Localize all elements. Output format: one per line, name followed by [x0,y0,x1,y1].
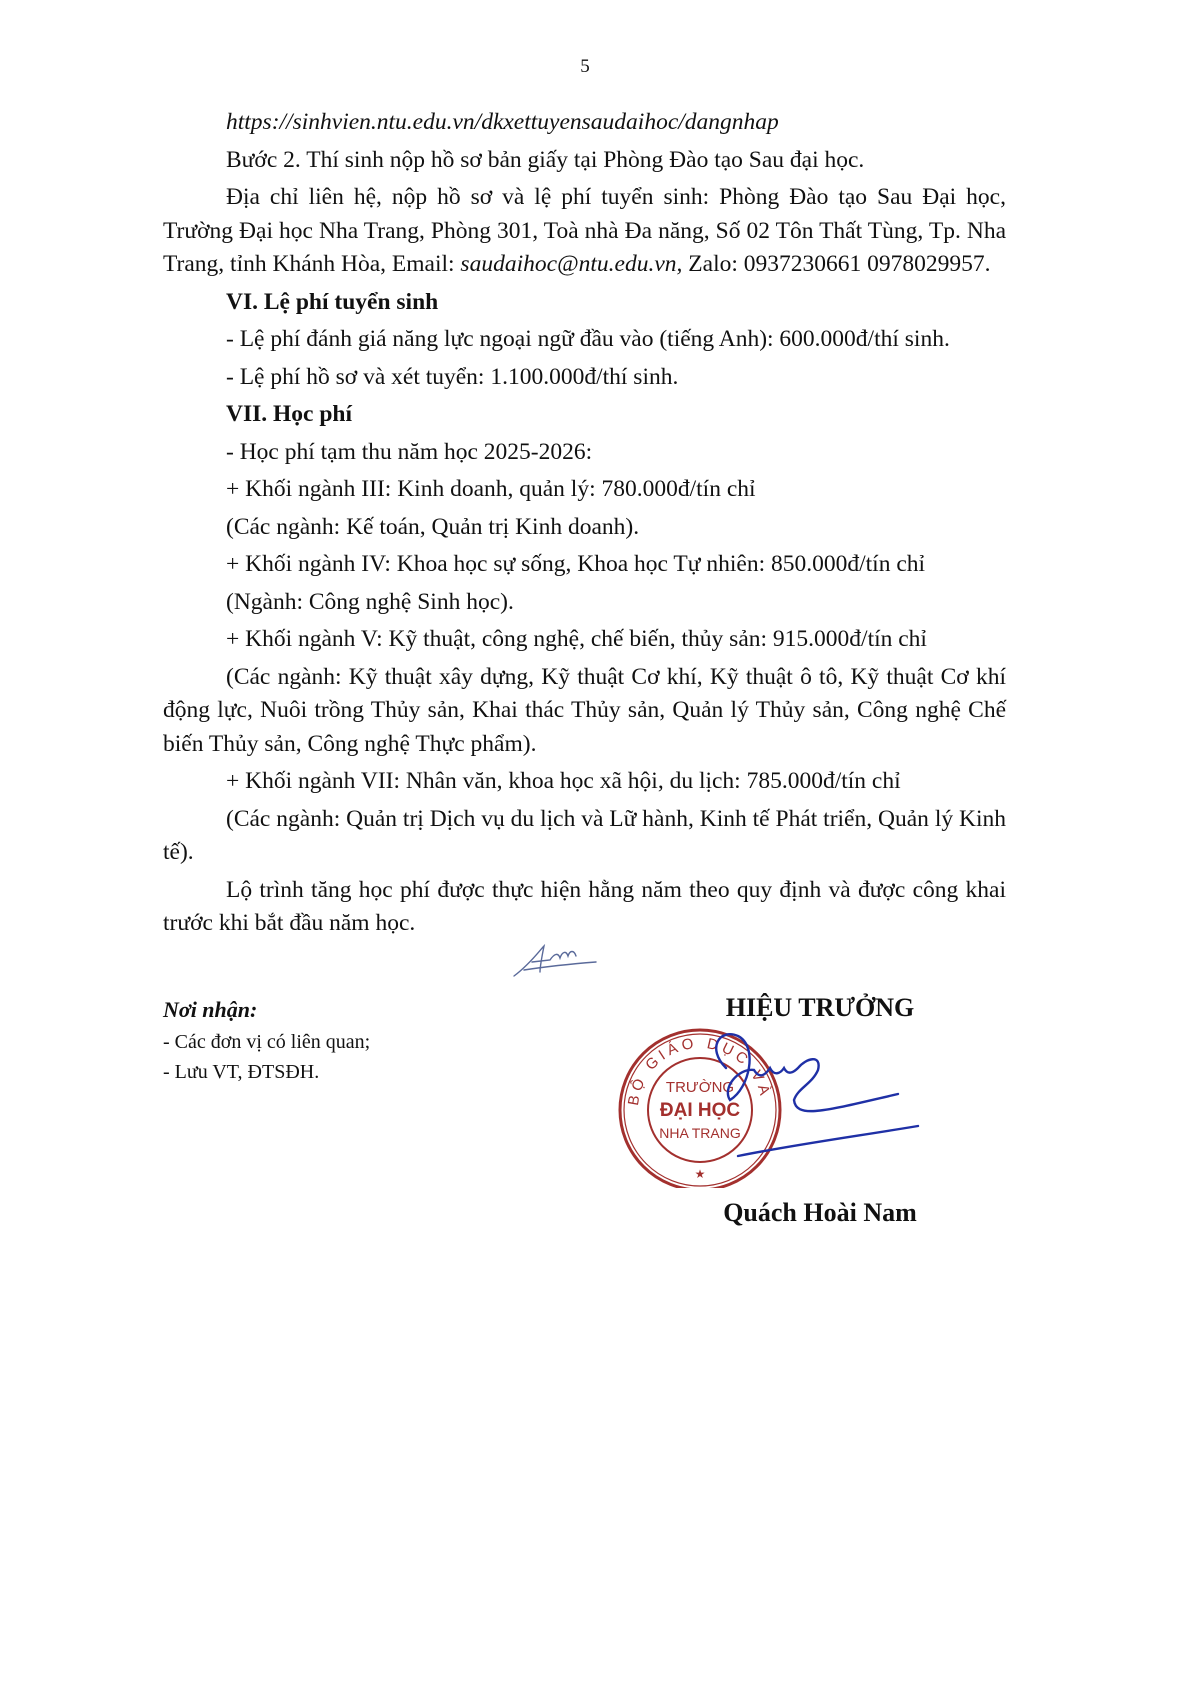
tuition-group-5: + Khối ngành V: Kỹ thuật, công nghệ, chế… [163,623,1006,657]
page-number: 5 [0,56,1170,78]
fee-item: - Lệ phí hồ sơ và xét tuyển: 1.100.000đ/… [163,361,1006,395]
fee-item: - Lệ phí đánh giá năng lực ngoại ngữ đầu… [163,323,1006,357]
tuition-closing: Lộ trình tăng học phí được thực hiện hằn… [163,874,1006,941]
tuition-group-5-majors: (Các ngành: Kỹ thuật xây dựng, Kỹ thuật … [163,661,1006,762]
fees-heading: VI. Lệ phí tuyển sinh [163,286,1006,320]
contact-email[interactable]: saudaihoc@ntu.edu.vn, [460,251,682,277]
tuition-group-4-majors: (Ngành: Công nghệ Sinh học). [163,586,1006,620]
signer-name: Quách Hoài Nam [660,1198,980,1228]
tuition-group-7: + Khối ngành VII: Nhân văn, khoa học xã … [163,765,1006,799]
recipients-block: Nơi nhận: - Các đơn vị có liên quan; - L… [163,993,370,1087]
svg-text:★: ★ [695,1167,706,1181]
document-body: https://sinhvien.ntu.edu.vn/dkxettuyensa… [163,106,1006,941]
tuition-group-3: + Khối ngành III: Kinh doanh, quản lý: 7… [163,473,1006,507]
tuition-group-7-majors: (Các ngành: Quản trị Dịch vụ du lịch và … [163,803,1006,870]
tuition-intro: - Học phí tạm thu năm học 2025-2026: [163,436,1006,470]
registration-url[interactable]: https://sinhvien.ntu.edu.vn/dkxettuyensa… [163,106,1006,140]
svg-text:NHA TRANG: NHA TRANG [659,1125,740,1141]
recipient-item: - Các đơn vị có liên quan; [163,1027,370,1057]
university-stamp-icon: BỘ GIÁO DỤC VÀ ĐÀO TẠO TRƯỜNG ĐẠI HỌC NH… [598,1028,998,1188]
tuition-heading: VII. Học phí [163,398,1006,432]
recipients-label: Nơi nhận: [163,993,370,1027]
tuition-group-3-majors: (Các ngành: Kế toán, Quản trị Kinh doanh… [163,511,1006,545]
contact-suffix: Zalo: 0937230661 0978029957. [682,251,990,277]
recipient-item: - Lưu VT, ĐTSĐH. [163,1057,370,1087]
initial-mark-icon [510,940,600,980]
signer-title: HIỆU TRƯỞNG [660,993,980,1023]
step-2-text: Bước 2. Thí sinh nộp hồ sơ bản giấy tại … [163,144,1006,178]
svg-text:TRƯỜNG: TRƯỜNG [666,1079,734,1096]
svg-text:ĐẠI HỌC: ĐẠI HỌC [660,1100,741,1121]
contact-paragraph: Địa chỉ liên hệ, nộp hồ sơ và lệ phí tuy… [163,181,1006,282]
tuition-group-4: + Khối ngành IV: Khoa học sự sống, Khoa … [163,548,1006,582]
